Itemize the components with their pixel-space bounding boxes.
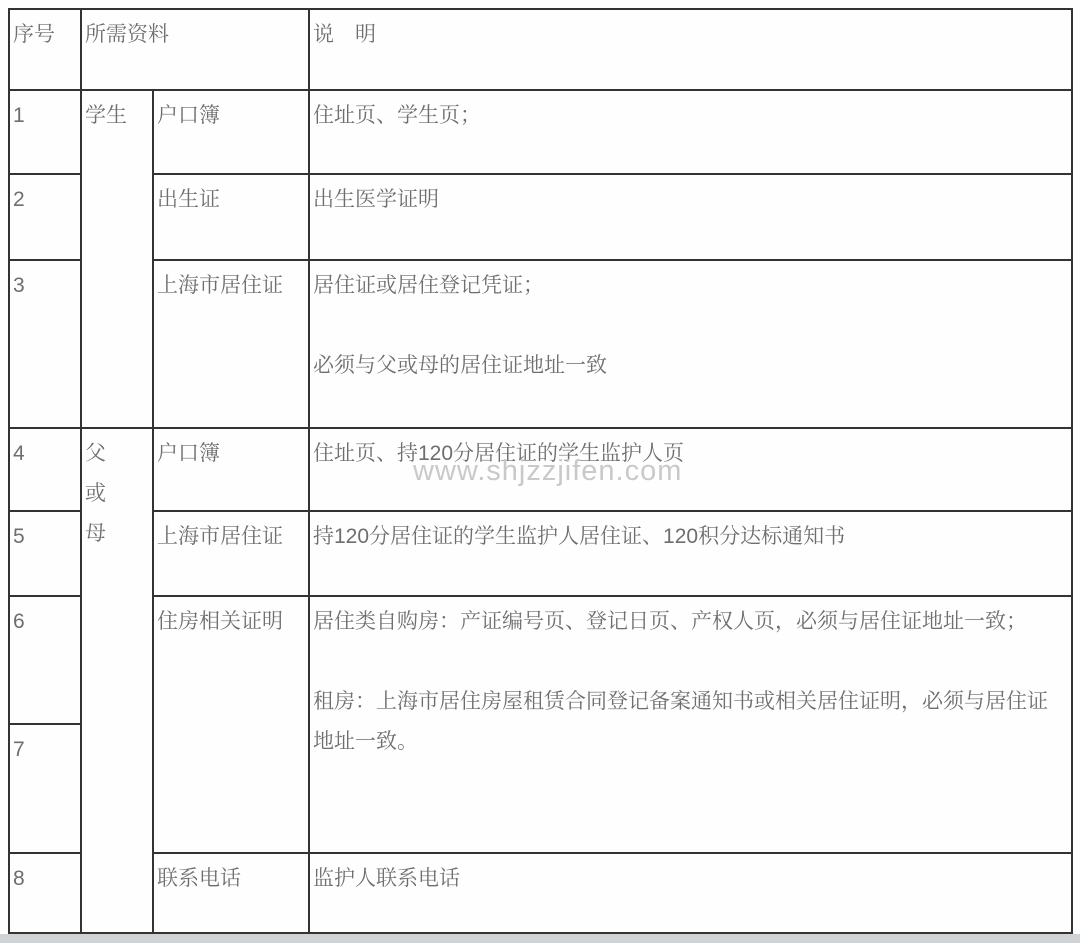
row3-no: 3: [9, 260, 81, 428]
table-row: 1 学生 户口簿 住址页、学生页；: [9, 90, 1072, 174]
table-row: 2 出生证 出生医学证明: [9, 174, 1072, 260]
row5-material: 上海市居住证: [153, 511, 309, 596]
row6-description: 居住类自购房：产证编号页、登记日页、产权人页，必须与居住证地址一致； 租房：上海…: [309, 596, 1072, 853]
category-parent: 父 或 母: [81, 428, 153, 933]
table-row: 5 上海市居住证 持120分居住证的学生监护人居住证、120积分达标通知书: [9, 511, 1072, 596]
row7-no: 7: [9, 724, 81, 853]
row8-no: 8: [9, 853, 81, 933]
row2-material: 出生证: [153, 174, 309, 260]
row3-description: 居住证或居住登记凭证； 必须与父或母的居住证地址一致: [309, 260, 1072, 428]
row8-material: 联系电话: [153, 853, 309, 933]
row3-material: 上海市居住证: [153, 260, 309, 428]
header-description: 说 明: [309, 9, 1072, 90]
row4-material: 户口簿: [153, 428, 309, 511]
row5-no: 5: [9, 511, 81, 596]
table-row: 8 联系电话 监护人联系电话: [9, 853, 1072, 933]
row4-no: 4: [9, 428, 81, 511]
row4-description: 住址页、持120分居住证的学生监护人页: [309, 428, 1072, 511]
row6-material: 住房相关证明: [153, 596, 309, 853]
header-row: 序号 所需资料 说 明: [9, 9, 1072, 90]
table-row: 3 上海市居住证 居住证或居住登记凭证； 必须与父或母的居住证地址一致: [9, 260, 1072, 428]
row5-description: 持120分居住证的学生监护人居住证、120积分达标通知书: [309, 511, 1072, 596]
table-row: 6 住房相关证明 居住类自购房：产证编号页、登记日页、产权人页，必须与居住证地址…: [9, 596, 1072, 724]
row1-description: 住址页、学生页；: [309, 90, 1072, 174]
document-page: 序号 所需资料 说 明 1 学生 户口簿 住址页、学生页； 2 出生证 出生医学…: [0, 0, 1080, 943]
required-materials-table: 序号 所需资料 说 明 1 学生 户口簿 住址页、学生页； 2 出生证 出生医学…: [8, 8, 1073, 934]
header-materials: 所需资料: [81, 9, 309, 90]
category-student: 学生: [81, 90, 153, 428]
row2-description: 出生医学证明: [309, 174, 1072, 260]
row8-description: 监护人联系电话: [309, 853, 1072, 933]
row1-material: 户口簿: [153, 90, 309, 174]
row2-no: 2: [9, 174, 81, 260]
table-row: 4 父 或 母 户口簿 住址页、持120分居住证的学生监护人页: [9, 428, 1072, 511]
header-no: 序号: [9, 9, 81, 90]
bottom-edge-strip: [0, 934, 1080, 943]
row1-no: 1: [9, 90, 81, 174]
row6-no: 6: [9, 596, 81, 724]
